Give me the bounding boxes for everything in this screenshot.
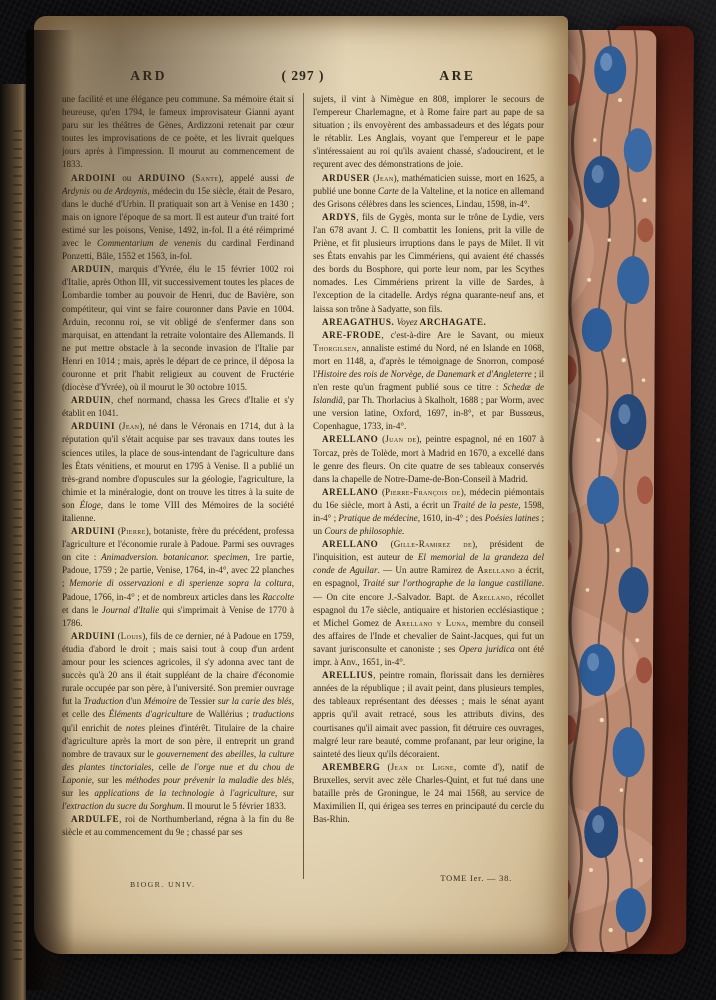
entry-paragraph: ARELLANO (Pierre-François de), médecin p… bbox=[313, 486, 544, 538]
entry-paragraph: ARE-FRODE, c'est-à-dire Are le Savant, o… bbox=[313, 329, 544, 434]
entry-paragraph: une facilité et une élégance peu commune… bbox=[62, 93, 294, 172]
header-right-keyword: ARE bbox=[371, 68, 544, 84]
page-number: ( 297 ) bbox=[235, 68, 371, 84]
entry-paragraph: AREMBERG (Jean de Ligne, comte d'), nati… bbox=[313, 761, 544, 826]
entry-paragraph: AREAGATHUS. Voyez ARCHAGATE. bbox=[313, 316, 544, 329]
entry-paragraph: ARDYS, fils de Gygès, monta sur le trône… bbox=[313, 211, 544, 316]
entry-paragraph: ARDUIN, chef normand, chassa les Grecs d… bbox=[62, 394, 294, 420]
book-photograph: ARD ( 297 ) ARE une facilité et une élég… bbox=[0, 0, 716, 1000]
entry-paragraph: ARDULFE, roi de Northumberland, régna à … bbox=[62, 813, 294, 839]
entry-paragraph: ARELLANO (Juan de), peintre espagnol, né… bbox=[313, 433, 544, 485]
entry-paragraph: sujets, il vint à Nimègue en 808, implor… bbox=[313, 93, 544, 172]
entry-paragraph: ARDUSER (Jean), mathématicien suisse, mo… bbox=[313, 172, 544, 211]
column-left: une facilité et une élégance peu commune… bbox=[62, 93, 303, 879]
tome-signature: TOME Ier. — 38. bbox=[440, 874, 512, 883]
header-left-keyword: ARD bbox=[62, 68, 235, 84]
text-columns: une facilité et une élégance peu commune… bbox=[62, 93, 544, 879]
entry-paragraph: ARDUINI (Jean), né dans le Véronais en 1… bbox=[62, 420, 294, 525]
entry-paragraph: ARELLIUS, peintre romain, florissait dan… bbox=[313, 669, 544, 761]
page-content: ARD ( 297 ) ARE une facilité et une élég… bbox=[34, 16, 568, 954]
running-head: ARD ( 297 ) ARE bbox=[62, 68, 544, 84]
entry-paragraph: ARDUIN, marquis d'Yvrée, élu le 15 févri… bbox=[62, 263, 294, 394]
facing-page-edge bbox=[0, 84, 26, 1000]
book-page: ARD ( 297 ) ARE une facilité et une élég… bbox=[34, 16, 568, 954]
entry-paragraph: ARELLANO (Gille-Ramirez de), président d… bbox=[313, 538, 544, 669]
entry-paragraph: ARDUINI (Louis), fils de ce dernier, né … bbox=[62, 630, 294, 813]
printer-signature: BIOGR. UNIV. bbox=[130, 880, 195, 889]
entry-paragraph: ARDOINI ou ARDUINO (Sante), appelé aussi… bbox=[62, 172, 294, 264]
entry-paragraph: ARDUINI (Pierre), botaniste, frère du pr… bbox=[62, 525, 294, 630]
column-right: sujets, il vint à Nimègue en 808, implor… bbox=[303, 93, 544, 879]
